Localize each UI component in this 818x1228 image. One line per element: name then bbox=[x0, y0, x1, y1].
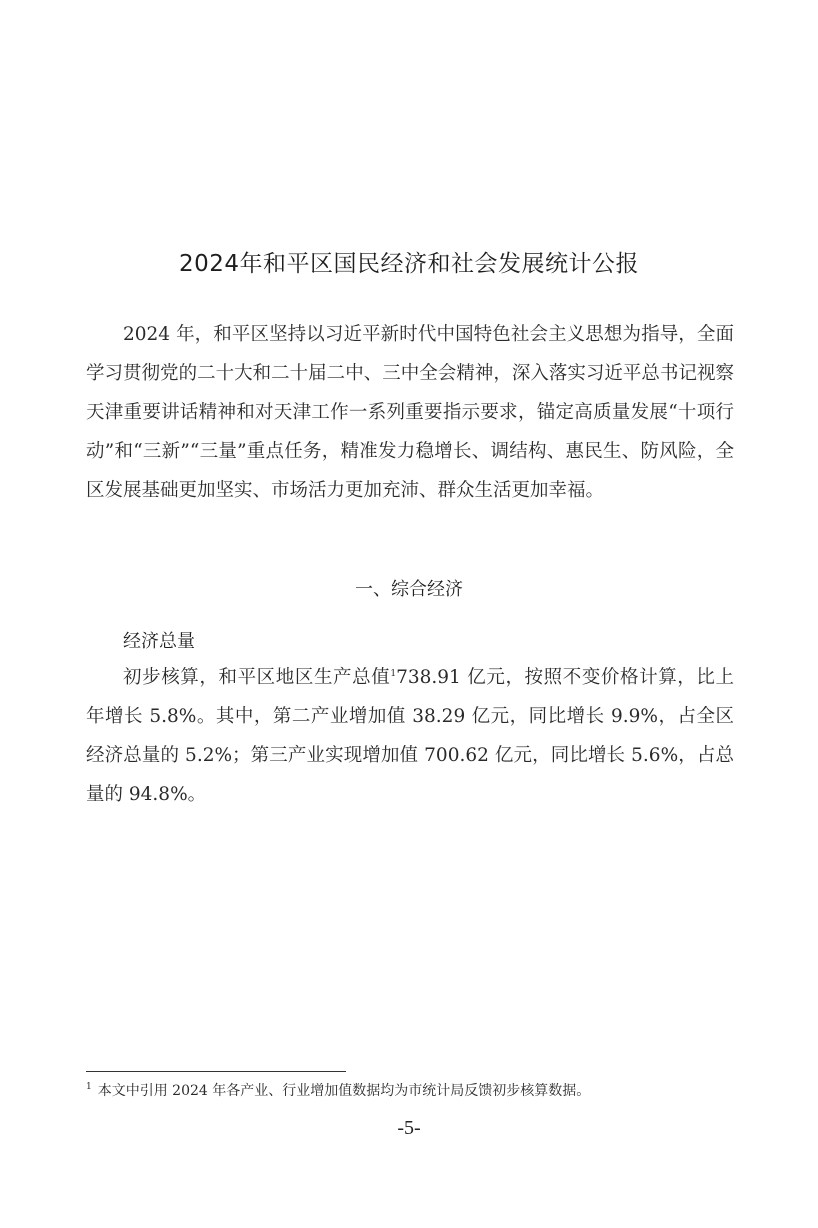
footnote-mark: 1 bbox=[86, 1082, 92, 1092]
section-heading: 一、综合经济 bbox=[0, 575, 818, 601]
page-title: 2024年和平区国民经济和社会发展统计公报 bbox=[0, 245, 818, 278]
footnote-divider bbox=[86, 1071, 346, 1072]
economy-paragraph: 初步核算，和平区地区生产总值1738.91 亿元，按照不变价格计算，比上年增长 … bbox=[86, 658, 734, 814]
economy-text-start: 初步核算，和平区地区生产总值 bbox=[123, 667, 390, 688]
intro-paragraph: 2024 年，和平区坚持以习近平新时代中国特色社会主义思想为指导，全面学习贯彻党… bbox=[86, 315, 734, 510]
page-number: -5- bbox=[0, 1117, 818, 1140]
document-page: 2024年和平区国民经济和社会发展统计公报 2024 年，和平区坚持以习近平新时… bbox=[0, 0, 818, 1228]
subsection-heading: 经济总量 bbox=[123, 627, 195, 653]
footnote: 1本文中引用 2024 年各产业、行业增加值数据均为市统计局反馈初步核算数据。 bbox=[86, 1080, 736, 1100]
footnote-text: 本文中引用 2024 年各产业、行业增加值数据均为市统计局反馈初步核算数据。 bbox=[98, 1083, 591, 1099]
